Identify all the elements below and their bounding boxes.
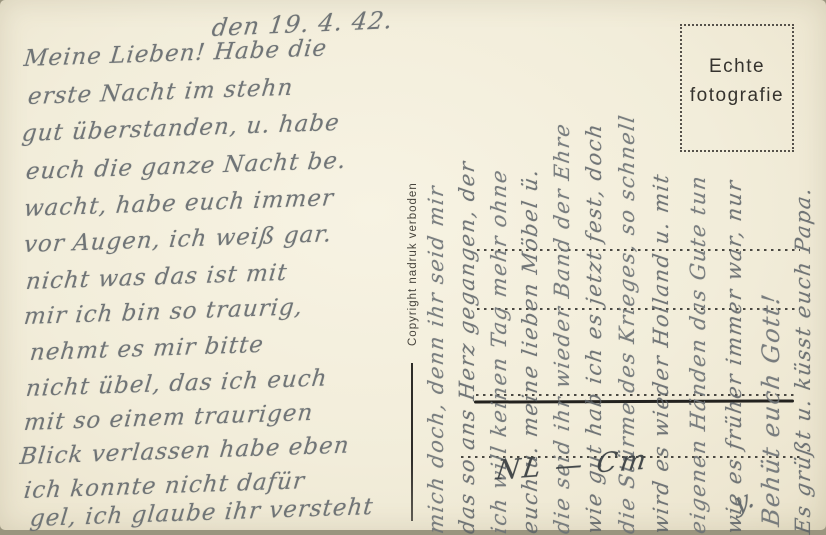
rotated-message-line: wird es wieder Holland u. mit bbox=[649, 172, 673, 530]
message-line: wacht, habe euch immer bbox=[23, 185, 336, 222]
rotated-message-line: eigenen Händen das Gute tun bbox=[686, 173, 710, 530]
message-line: Meine Lieben! Habe die bbox=[23, 35, 329, 72]
message-line: Blick verlassen habe eben bbox=[19, 432, 351, 470]
message-line: nicht was das ist mit bbox=[25, 260, 289, 295]
postcard-scan: den 19. 4. 42. Meine Lieben! Habe die er… bbox=[0, 0, 826, 530]
message-line: euch die ganze Nacht be. bbox=[25, 148, 348, 185]
rotated-message-line: Behüt euch Gott! bbox=[757, 291, 785, 528]
message-line: erste Nacht im stehn bbox=[27, 75, 295, 110]
message-line: nehmt es mir bitte bbox=[29, 332, 266, 366]
rotated-message-line: wie es früher immer war, nur bbox=[722, 178, 746, 530]
message-line: mit so einem traurigen bbox=[23, 400, 315, 436]
stamp-box: Echte fotografie bbox=[680, 24, 794, 152]
message-line: nicht übel, das ich euch bbox=[25, 365, 329, 402]
rotated-message-line: mich doch, denn ihr seid mir bbox=[424, 183, 448, 530]
stamp-text-line1: Echte bbox=[682, 52, 792, 81]
message-line: mir ich bin so traurig, bbox=[23, 294, 305, 330]
rotated-message-line: das so ans Herz gegangen, der bbox=[455, 159, 479, 530]
message-line: gut überstanden, u. habe bbox=[21, 110, 341, 147]
signature-flourish: y. bbox=[732, 482, 757, 519]
copyright-text: Copyright nadruk verboden bbox=[407, 182, 419, 346]
stamp-text-line2: fotografie bbox=[682, 81, 792, 110]
divider-line bbox=[411, 363, 413, 521]
message-line: vor Augen, ich weiß gar. bbox=[23, 221, 334, 258]
rotated-message-line: Es grüßt u. küsst euch Papa. bbox=[791, 185, 815, 530]
